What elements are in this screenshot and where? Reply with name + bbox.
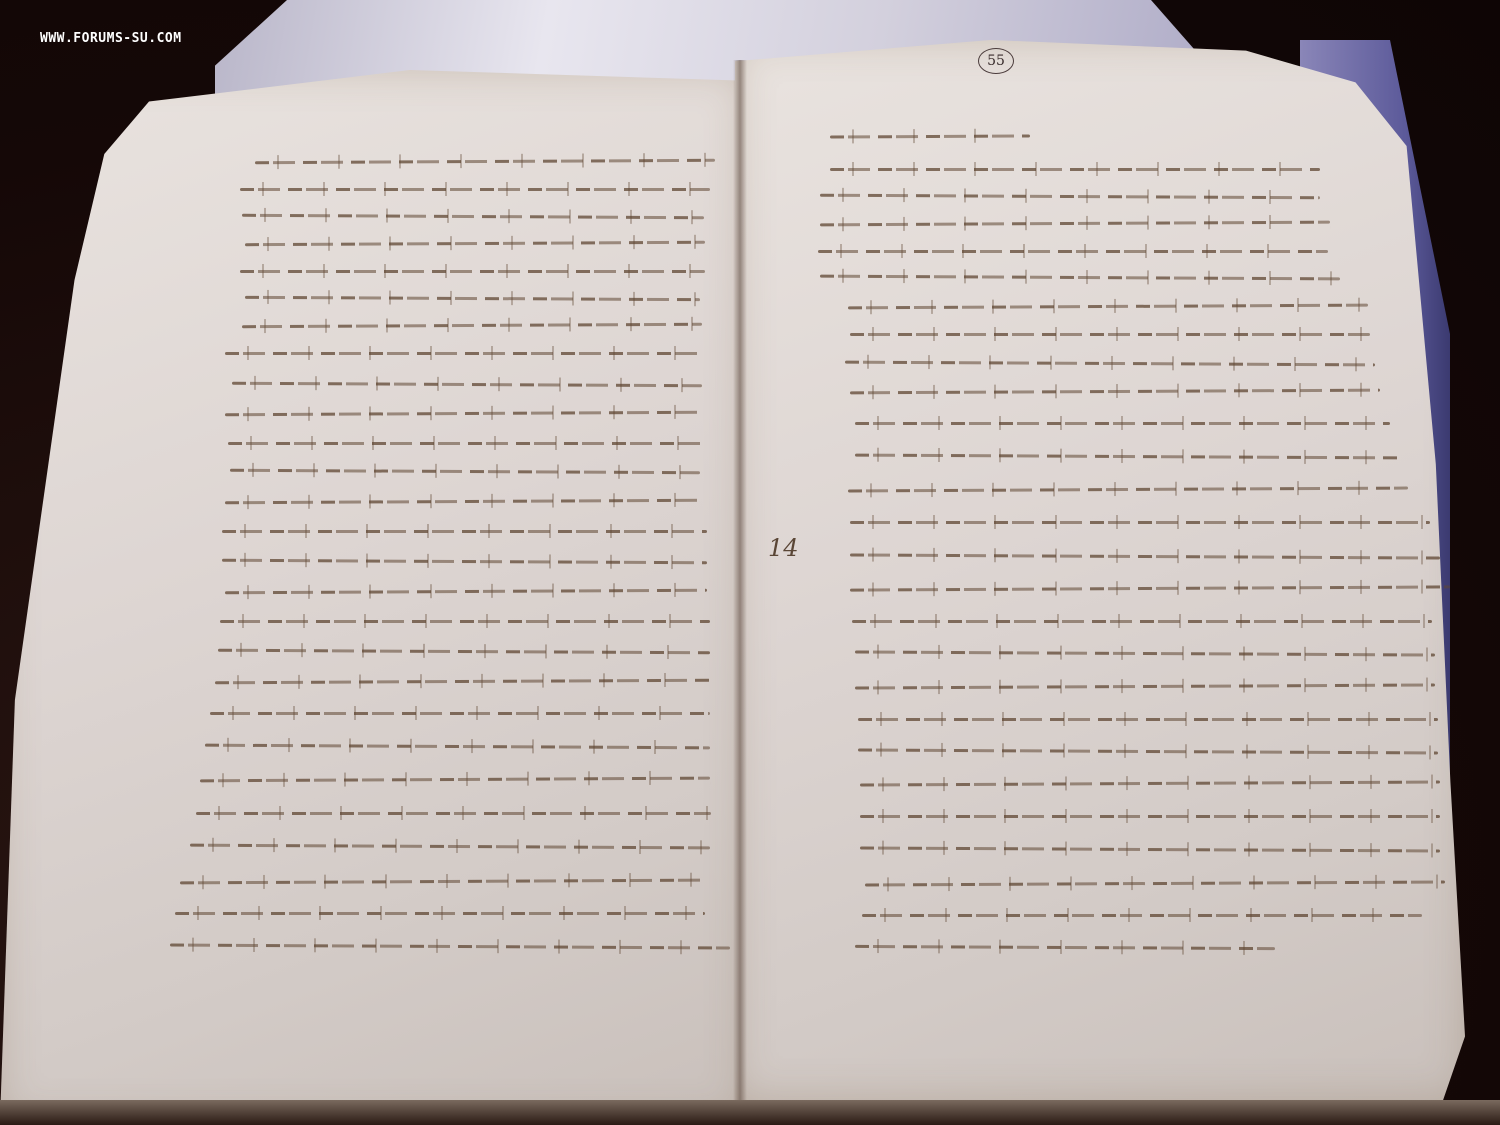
folio-number: 55 bbox=[978, 48, 1014, 74]
handwritten-line bbox=[240, 270, 705, 273]
handwritten-line bbox=[245, 241, 705, 246]
handwritten-line bbox=[220, 620, 710, 623]
handwritten-line bbox=[242, 323, 702, 328]
handwritten-line bbox=[820, 194, 1320, 200]
handwritten-line bbox=[190, 844, 710, 850]
handwritten-line bbox=[860, 846, 1440, 852]
handwritten-line bbox=[205, 744, 710, 750]
handwritten-line bbox=[818, 250, 1328, 253]
handwritten-line bbox=[858, 748, 1438, 754]
handwritten-line bbox=[222, 530, 707, 533]
handwritten-line bbox=[858, 718, 1438, 721]
handwritten-line bbox=[240, 188, 710, 191]
handwritten-line bbox=[210, 712, 710, 715]
handwritten-line bbox=[196, 812, 711, 815]
handwritten-line bbox=[820, 275, 1340, 281]
handwritten-line bbox=[855, 454, 1400, 460]
handwritten-line bbox=[230, 469, 700, 474]
handwritten-line bbox=[175, 912, 705, 915]
handwritten-line bbox=[215, 679, 710, 685]
book-spine bbox=[733, 60, 747, 1110]
handwritten-line bbox=[848, 304, 1368, 310]
handwritten-line bbox=[865, 880, 1445, 886]
bottom-shadow bbox=[0, 1100, 1500, 1125]
handwritten-line bbox=[850, 585, 1450, 591]
handwritten-line bbox=[830, 168, 1320, 171]
handwritten-line bbox=[845, 361, 1375, 367]
handwritten-line bbox=[850, 521, 1430, 524]
handwritten-line bbox=[222, 559, 707, 565]
handwritten-line bbox=[830, 134, 1030, 138]
handwritten-line bbox=[228, 442, 703, 445]
handwritten-line bbox=[860, 780, 1440, 786]
margin-note: 14 bbox=[768, 534, 799, 562]
handwritten-line bbox=[232, 382, 702, 387]
handwritten-line bbox=[852, 620, 1432, 623]
handwritten-line bbox=[820, 221, 1330, 227]
handwritten-line bbox=[225, 411, 705, 417]
handwritten-line bbox=[855, 650, 1435, 656]
handwritten-line bbox=[850, 333, 1370, 336]
handwritten-line bbox=[862, 914, 1422, 917]
handwritten-line bbox=[850, 553, 1440, 559]
handwritten-line bbox=[848, 487, 1408, 493]
handwritten-line bbox=[200, 777, 710, 783]
handwritten-line bbox=[855, 945, 1275, 950]
handwritten-line bbox=[225, 499, 705, 505]
handwritten-line bbox=[242, 214, 704, 219]
handwritten-line bbox=[255, 159, 715, 164]
handwritten-line bbox=[855, 683, 1435, 689]
handwritten-line bbox=[225, 589, 707, 595]
handwritten-line bbox=[860, 815, 1440, 818]
handwritten-line bbox=[180, 879, 705, 885]
handwritten-line bbox=[245, 296, 700, 301]
handwritten-line bbox=[225, 352, 705, 355]
handwritten-line bbox=[218, 649, 710, 655]
handwritten-line bbox=[855, 422, 1390, 425]
watermark: WWW.FORUMS-SU.COM bbox=[40, 31, 182, 46]
handwritten-line bbox=[850, 389, 1380, 395]
handwritten-line bbox=[170, 944, 730, 950]
